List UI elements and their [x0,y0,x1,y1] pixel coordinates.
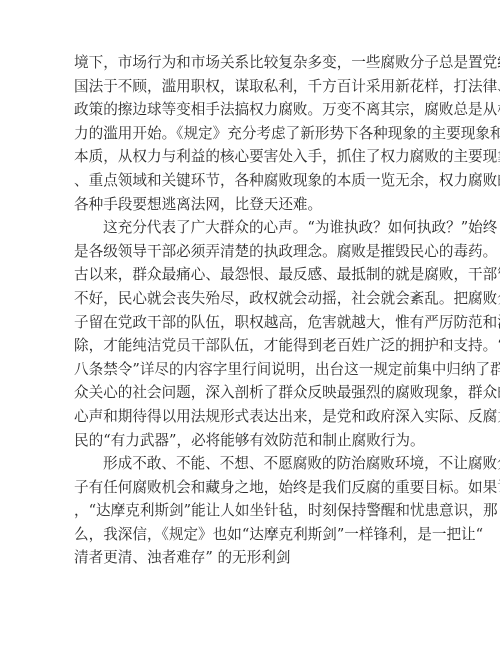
paragraph-1: 境下，市场行为和市场关系比较复杂多变，一些腐败分子总是置党纪 国法于不顾，滥用职… [74,51,426,216]
text-line: 子留在党政干部的队伍，职权越高，危害就越大，惟有严厉防范和清 [74,311,426,335]
text-line: 心声和期待得以用法规形式表达出来，是党和政府深入实际、反腐为 [74,405,426,429]
document-page: 境下，市场行为和市场关系比较复杂多变，一些腐败分子总是置党纪 国法于不顾，滥用职… [0,0,500,647]
text-line: 除，才能纯洁党员干部队伍，才能得到老百姓广泛的拥护和支持。“ [74,334,426,358]
text-line: ，“达摩克利斯剑”能让人如坐针毡，时刻保持警醒和忧患意识，那 [74,499,426,523]
text-line: 子有任何腐败机会和藏身之地，始终是我们反腐的重要目标。如果说 [74,476,426,500]
document-body: 境下，市场行为和市场关系比较复杂多变，一些腐败分子总是置党纪 国法于不顾，滥用职… [74,51,426,570]
text-line: 、重点领域和关键环节，各种腐败现象的本质一览无余，权力腐败的 [74,169,426,193]
text-line: 八条禁令”详尽的内容字里行间说明，出台这一规定前集中归纳了群 [74,358,426,382]
text-line: 是各级领导干部必须弄清楚的执政理念。腐败是摧毁民心的毒药。自 [74,240,426,264]
text-line: 清者更清、浊者难存” 的无形利剑 [74,546,426,570]
text-line: 力的滥用开始。《规定》充分考虑了新形势下各种现象的主要现象和 [74,122,426,146]
text-line: 形成不敢、不能、不想、不愿腐败的防治腐败环境，不让腐败分 [74,452,426,476]
paragraph-2: 这充分代表了广大群众的心声。“为谁执政？如何执政？”始终 是各级领导干部必须弄清… [74,216,426,452]
text-line: 不好，民心就会丧失殆尽，政权就会动摇，社会就会紊乱。把腐败分 [74,287,426,311]
text-line: 政策的擦边球等变相手法搞权力腐败。万变不离其宗，腐败总是从权 [74,98,426,122]
text-line: 国法于不顾，滥用职权，谋取私利，千方百计采用新花样，打法律、 [74,75,426,99]
text-line: 众关心的社会问题，深入剖析了群众反映最强烈的腐败现象，群众的 [74,381,426,405]
text-line: 民的“有力武器”，必将能够有效防范和制止腐败行为。 [74,429,426,453]
text-line: 古以来，群众最痛心、最怨恨、最反感、最抵制的就是腐败，干部管 [74,263,426,287]
paragraph-3: 形成不敢、不能、不想、不愿腐败的防治腐败环境，不让腐败分 子有任何腐败机会和藏身… [74,452,426,570]
text-line: 各种手段要想逃离法网，比登天还难。 [74,193,426,217]
text-line: 这充分代表了广大群众的心声。“为谁执政？如何执政？”始终 [74,216,426,240]
text-line: 境下，市场行为和市场关系比较复杂多变，一些腐败分子总是置党纪 [74,51,426,75]
text-line: 本质，从权力与利益的核心要害处入手，抓住了权力腐败的主要现象 [74,145,426,169]
text-line: 么，我深信，《规定》也如“达摩克利斯剑”一样锋利，是一把让“ [74,523,426,547]
